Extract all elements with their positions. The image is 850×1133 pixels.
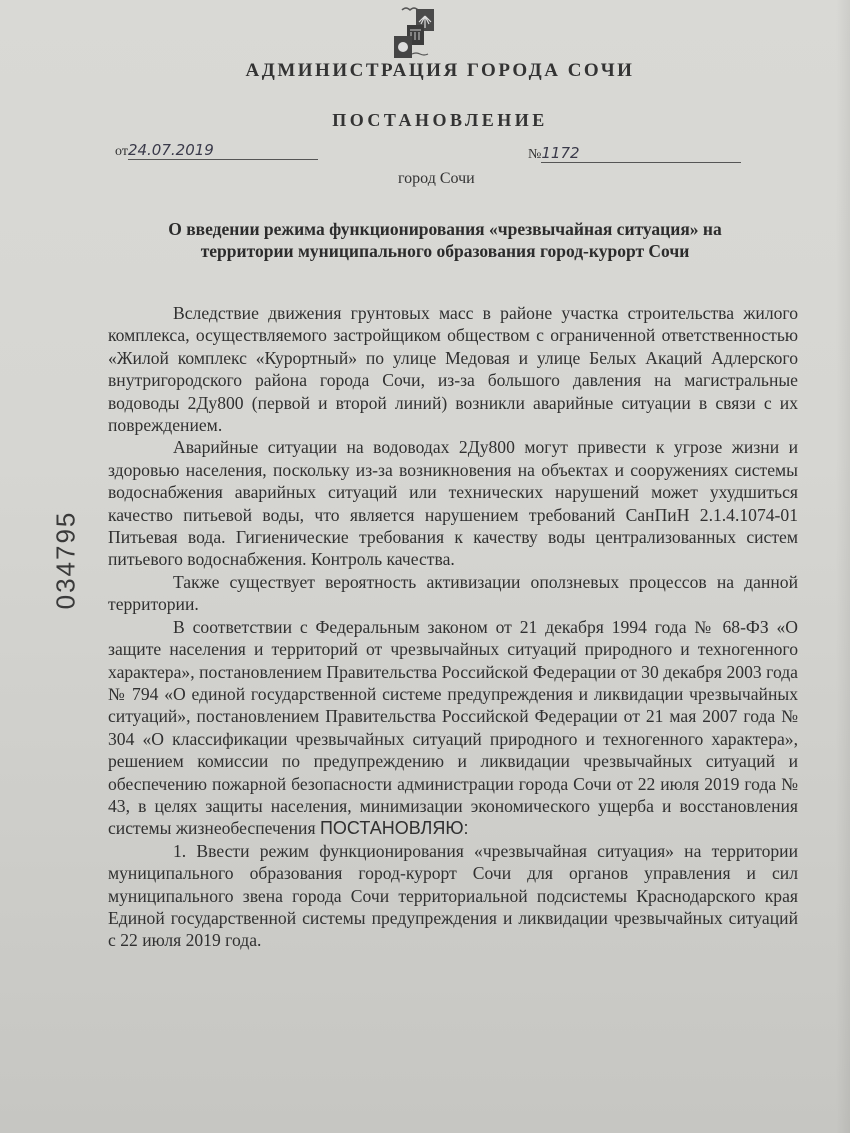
paragraph-2: Аварийные ситуации на водоводах 2Ду800 м… [108,436,798,570]
number-field: 1172 [541,144,741,163]
organization-name: АДМИНИСТРАЦИЯ ГОРОДА СОЧИ [0,60,850,82]
number-prefix: № [528,147,541,162]
title-line-1: О введении режима функционирования «чрез… [125,218,765,240]
legal-basis-text: В соответствии с Федеральным законом от … [108,617,798,839]
registration-number: 034795 [51,511,82,610]
title-line-2: территории муниципального образования го… [125,240,765,262]
date-field: 24.07.2019 [128,141,318,160]
paragraph-3: Также существует вероятность активизации… [108,571,798,616]
paragraph-1: Вследствие движения грунтовых масс в рай… [108,302,798,436]
document-page: АДМИНИСТРАЦИЯ ГОРОДА СОЧИ ПОСТАНОВЛЕНИЕ … [0,0,850,1133]
date-prefix: от [115,144,128,159]
document-title: О введении режима функционирования «чрез… [125,218,765,262]
paragraph-4: В соответствии с Федеральным законом от … [108,616,798,840]
city-label: город Сочи [398,170,475,188]
date-line: от24.07.2019 [115,141,318,160]
resolve-word: ПОСТАНОВЛЯЮ: [320,818,469,838]
number-line: №1172 [528,144,741,163]
document-type: ПОСТАНОВЛЕНИЕ [0,110,850,131]
page-shadow [836,0,850,1133]
paragraph-item-1: 1. Ввести режим функционирования «чрезвы… [108,840,798,952]
sochi-coat-of-arms-icon [388,4,438,60]
document-body: Вследствие движения грунтовых масс в рай… [108,302,798,952]
